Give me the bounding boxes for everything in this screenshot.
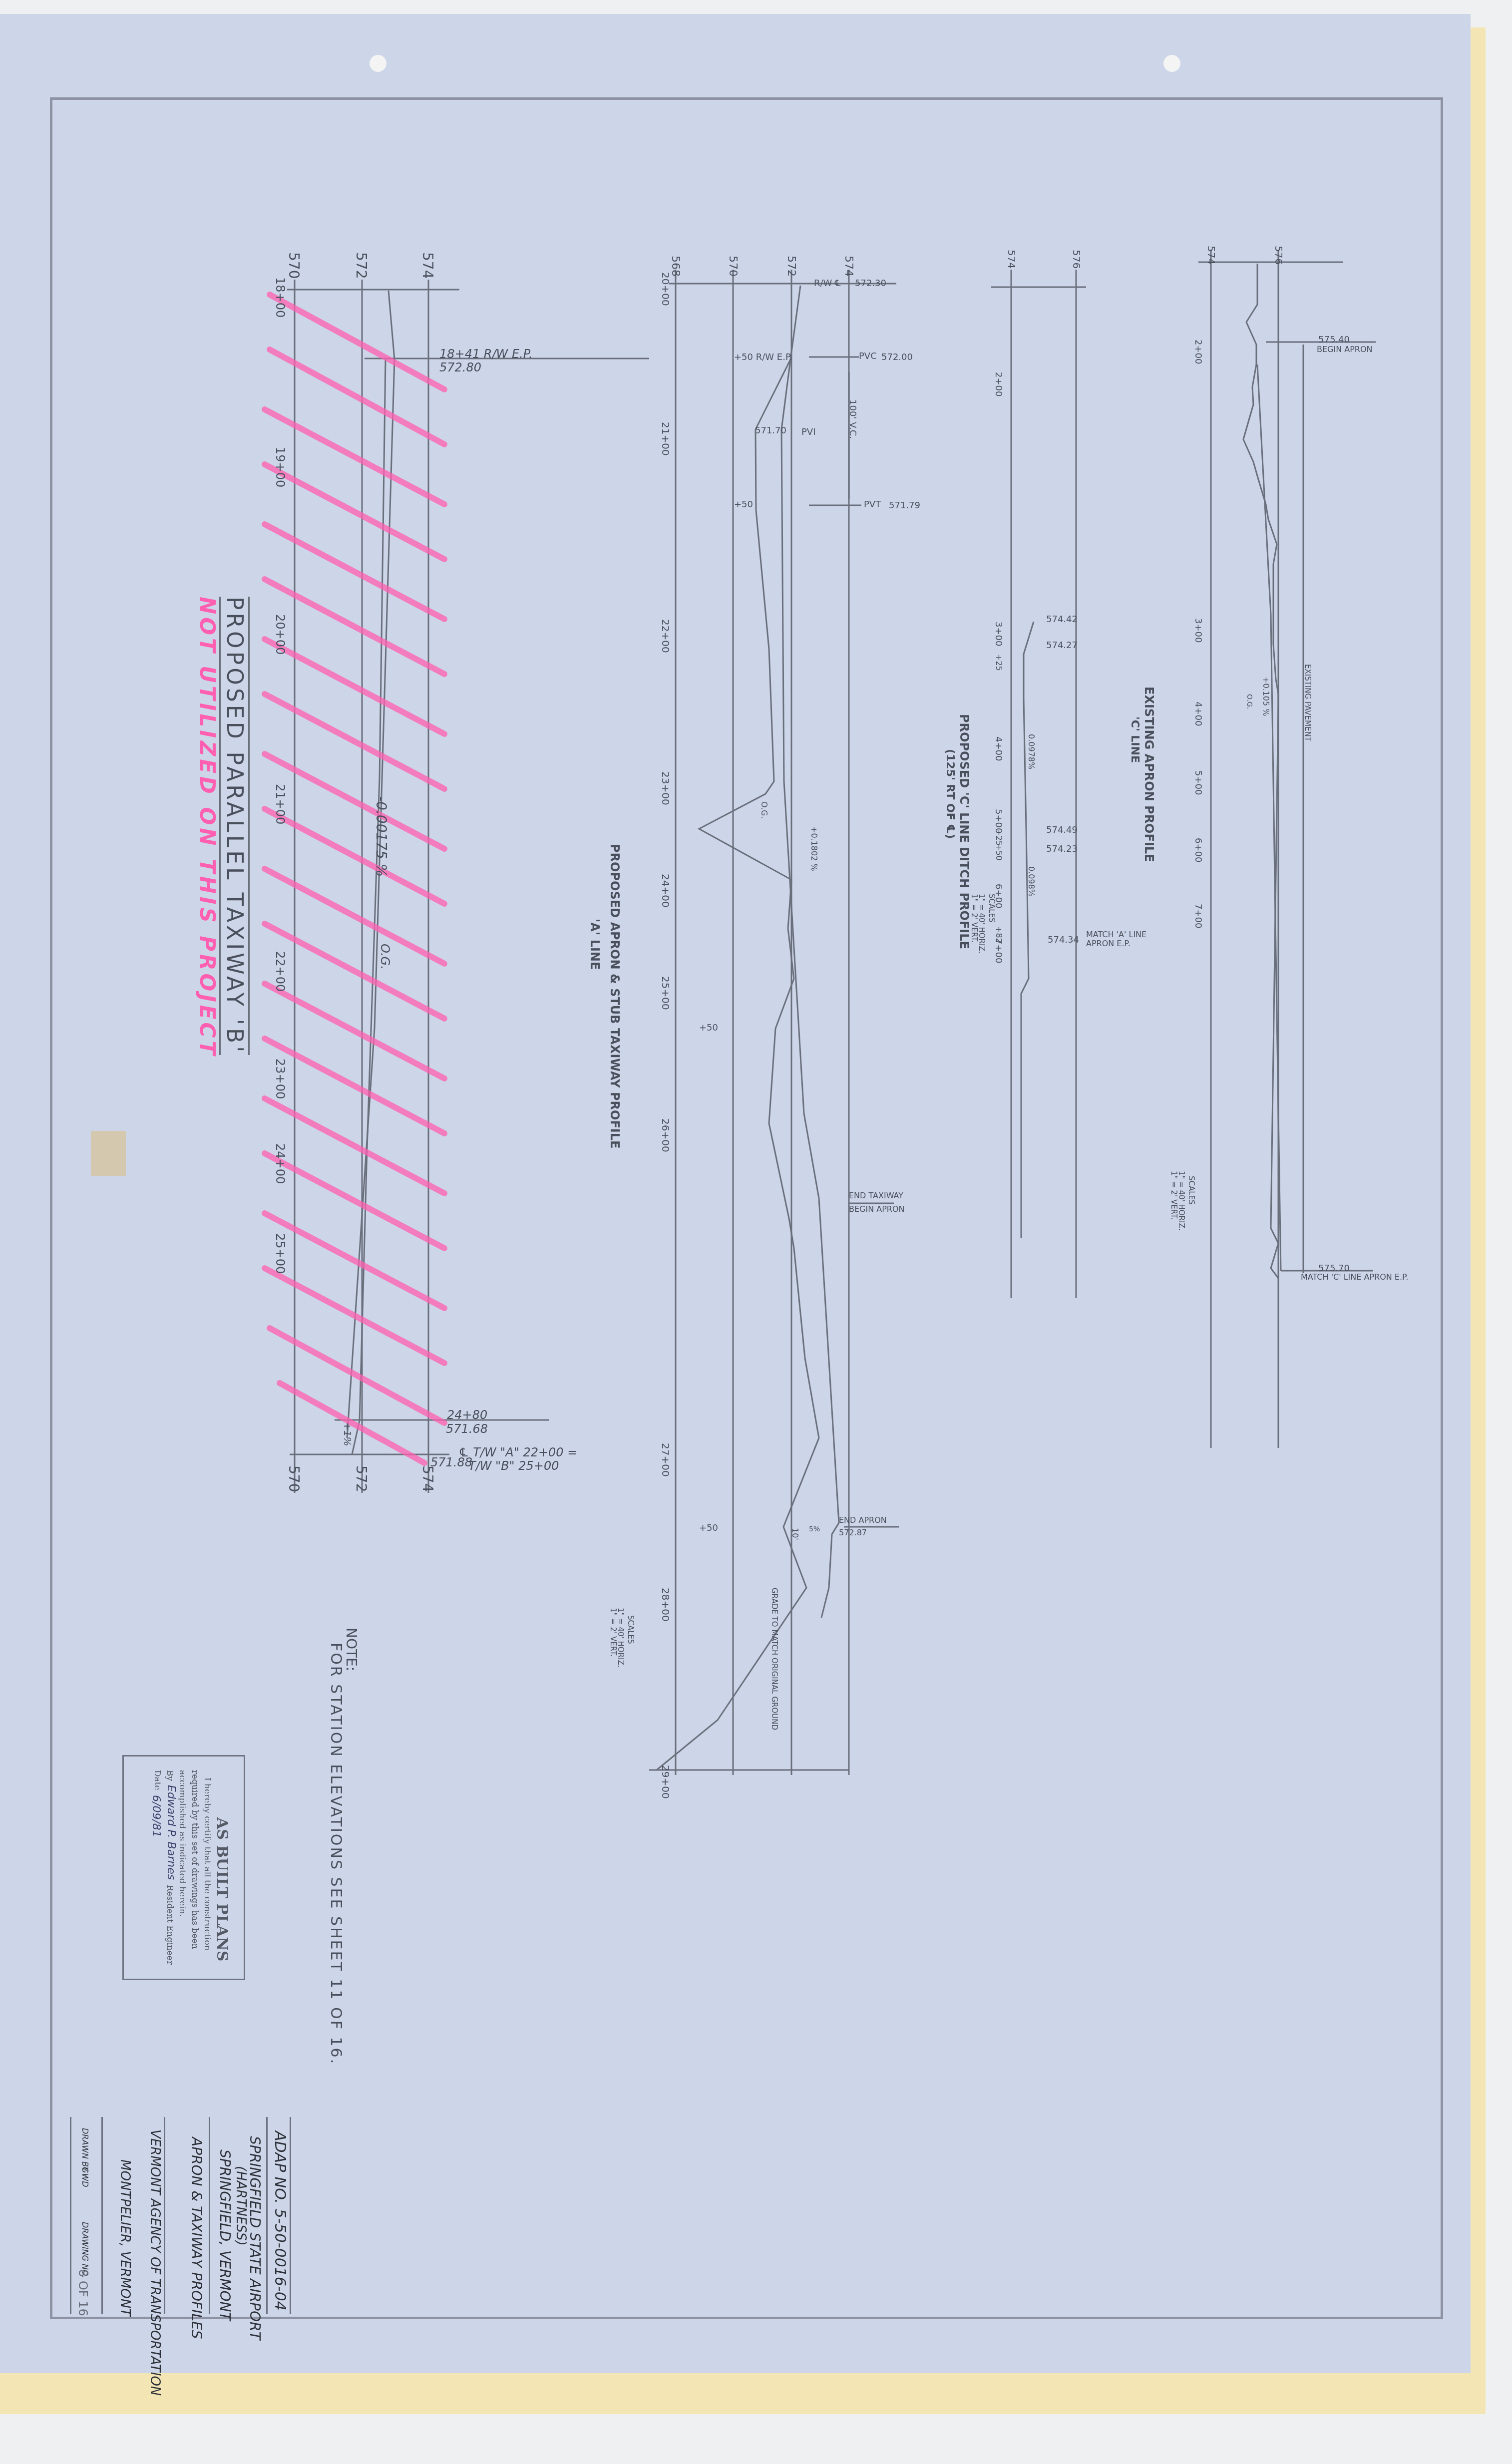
profile-subtitle: (125' RT OF ℄) xyxy=(944,749,956,839)
station-label: 23+00 xyxy=(660,771,672,805)
annotation: R/W ℄ xyxy=(814,278,841,289)
elev-tick: 572 xyxy=(353,1465,370,1492)
elev-tick: 570 xyxy=(727,256,739,277)
annotation: 571.70 xyxy=(755,425,786,436)
stamp-title: AS BUILT PLANS xyxy=(213,1817,231,1961)
elev-tick: 574 xyxy=(1205,246,1217,265)
annotation: +50 xyxy=(699,1023,718,1033)
annotation: END APRON xyxy=(839,1515,887,1525)
annotation: +50 R/W E.P. xyxy=(734,352,792,362)
annotation: 10' xyxy=(790,1528,800,1540)
annotation: MATCH 'A' LINE xyxy=(1086,930,1146,939)
scales-title: SCALES xyxy=(987,894,996,923)
elev-tick: 574 xyxy=(419,1465,436,1492)
station-label: 20+00 xyxy=(660,272,672,306)
note-text: FOR STATION ELEVATIONS SEE SHEET 11 OF 1… xyxy=(327,1643,345,2065)
annotation: GRADE TO MATCH ORIGINAL GROUND xyxy=(770,1588,779,1730)
project-number: ADAP NO. 5-50-0016-04 xyxy=(271,2131,289,2311)
scales-title: SCALES xyxy=(626,1615,635,1644)
station-label: 20+00 xyxy=(273,614,287,655)
elev-tick: 576 xyxy=(1071,250,1083,269)
scales-title: SCALES xyxy=(1187,1176,1196,1205)
elev-tick: 574 xyxy=(419,252,436,279)
grade-label: -0.00175 % xyxy=(373,796,389,877)
profile-title: PROPOSED PARALLEL TAXIWAY 'B' xyxy=(219,597,250,1055)
stamp-date-label: Date xyxy=(152,1770,162,1790)
og-label: O.G. xyxy=(759,801,769,819)
sub-station: +50 xyxy=(994,844,1004,861)
grade-label: 0.098% xyxy=(1027,866,1036,897)
station-label: 6+00 xyxy=(1193,838,1203,862)
sub-station: +25 xyxy=(994,829,1004,846)
station-label: 24+00 xyxy=(660,874,672,908)
station-label: 21+00 xyxy=(660,422,672,456)
elev-tick: 570 xyxy=(286,252,302,279)
annotation: +50 xyxy=(734,499,753,510)
annotation: 100' V.C. xyxy=(847,399,858,439)
og-label: O.G. xyxy=(1245,694,1253,709)
annotation: APRON E.P. xyxy=(1086,939,1131,948)
elev-tick: 572 xyxy=(353,252,370,279)
profile-subtitle: 'C' LINE xyxy=(1129,716,1141,763)
annotation: BEGIN APRON xyxy=(849,1204,905,1214)
elev-tick: 576 xyxy=(1273,246,1285,265)
stamp-signature: Edward P. Barnes xyxy=(165,1785,177,1880)
annotation: END TAXIWAY xyxy=(849,1191,903,1200)
station-label: 22+00 xyxy=(273,951,287,992)
station-label: 3+00 xyxy=(1193,618,1203,643)
stamp-by-label: By xyxy=(165,1770,175,1781)
annotation: 572.80 xyxy=(439,360,481,374)
og-label: O.G. xyxy=(378,944,392,970)
elev-tick: 574 xyxy=(1006,250,1018,269)
drawing-number: 8 OF 16 xyxy=(76,2269,90,2316)
annotation: PVT xyxy=(864,499,881,510)
station-label: 5+00 xyxy=(1193,770,1203,795)
profile-title: PROPOSED 'C' LINE DITCH PROFILE xyxy=(957,714,971,949)
drawn-by: GWD xyxy=(80,2167,90,2187)
stamp-text: required by this set of drawings has bee… xyxy=(190,1770,200,1949)
profile-linework xyxy=(0,0,1512,2464)
elev-tick: 570 xyxy=(286,1465,302,1492)
annotation: +50 xyxy=(699,1523,718,1533)
annotation: 571.68 xyxy=(446,1422,488,1436)
grade-label: +1% xyxy=(342,1422,354,1446)
station-label: 25+00 xyxy=(660,976,672,1010)
station-label: 2+00 xyxy=(1193,340,1203,364)
station-label: 22+00 xyxy=(660,619,672,653)
annotation: BEGIN APRON xyxy=(1317,345,1373,354)
annotation: MATCH 'C' LINE APRON E.P. xyxy=(1301,1272,1408,1282)
elevation: 574.23 xyxy=(1046,844,1078,854)
annotation: PVC xyxy=(859,351,877,361)
annotation: 18+41 R/W E.P. xyxy=(439,347,533,361)
station-label: 24+00 xyxy=(273,1143,287,1184)
scale-vertical: 1" = 2' VERT. xyxy=(1169,1171,1178,1220)
scale-vertical: 1" = 2' VERT. xyxy=(609,1608,618,1657)
elevation: 574.42 xyxy=(1046,614,1078,625)
elev-tick: 572 xyxy=(785,256,797,277)
airport-alt-name: (HARTNESS) xyxy=(233,2166,248,2246)
stamp-role: Resident Engineer xyxy=(165,1885,175,1965)
stamp-text: I hereby certify that all the constructi… xyxy=(202,1777,212,1951)
annotation: 572.87 xyxy=(839,1528,867,1537)
annotation: 572.30 xyxy=(855,278,886,289)
station-label: 27+00 xyxy=(660,1443,672,1477)
annotation: 5% xyxy=(809,1525,820,1533)
profile-subtitle: 'A' LINE xyxy=(588,919,602,970)
agency-name: VERMONT AGENCY OF TRANSPORTATION xyxy=(147,2129,162,2396)
profile-title: EXISTING APRON PROFILE xyxy=(1142,687,1156,862)
airport-location: SPRINGFIELD, VERMONT xyxy=(217,2149,233,2321)
annotation: 571.79 xyxy=(889,500,920,511)
station-label: 2+00 xyxy=(993,372,1004,396)
profile-title: PROPOSED APRON & STUB TAXIWAY PROFILE xyxy=(608,844,622,1148)
elevation: 574.49 xyxy=(1046,825,1078,835)
station-label: 7+00 xyxy=(1193,904,1203,928)
annotation: ℄ T/W "A" 22+00 = xyxy=(458,1445,577,1459)
annotation: EXISTING PAVEMENT xyxy=(1303,664,1312,741)
agency-city: MONTPELIER, VERMONT xyxy=(117,2159,132,2316)
stamp-date: 6/09/81 xyxy=(150,1795,162,1837)
markup-note: NOT UTILIZED ON THIS PROJECT xyxy=(195,597,220,1058)
station-label: 19+00 xyxy=(273,447,287,487)
sub-station: +25 xyxy=(994,654,1004,671)
elevation: 575.40 xyxy=(1318,335,1350,345)
sub-station: +82 xyxy=(994,926,1004,943)
annotation: 572.00 xyxy=(881,352,913,362)
grade-label: 0.0978% xyxy=(1027,734,1036,769)
station-label: 3+00 xyxy=(993,622,1004,646)
station-label: 4+00 xyxy=(1193,702,1203,726)
station-label: 4+00 xyxy=(993,736,1004,761)
station-label: 21+00 xyxy=(273,784,287,824)
annotation: 24+80 xyxy=(447,1408,487,1422)
station-label: 23+00 xyxy=(273,1058,287,1099)
stamp-text: accomplished as indicated herein. xyxy=(177,1770,187,1917)
elevation: 574.27 xyxy=(1046,640,1078,651)
station-label: 28+00 xyxy=(660,1588,672,1622)
grade-label: +0.1802 % xyxy=(809,826,819,871)
drawing-title: APRON & TAXIWAY PROFILES xyxy=(188,2137,205,2339)
annotation: T/W "B" 25+00 xyxy=(468,1459,559,1473)
elevation: 574.34 xyxy=(1048,935,1079,945)
station-label: 25+00 xyxy=(273,1233,287,1274)
airport-name: SPRINGFIELD STATE AIRPORT xyxy=(247,2136,263,2340)
station-label: 26+00 xyxy=(660,1118,672,1152)
elev-tick: 574 xyxy=(842,256,855,277)
station-label: 18+00 xyxy=(273,277,287,318)
annotation: PVI xyxy=(801,427,815,437)
grade-label: +0.105 % xyxy=(1261,677,1271,716)
note-label: NOTE: xyxy=(343,1628,360,1671)
station-label: 29+00 xyxy=(660,1765,672,1799)
